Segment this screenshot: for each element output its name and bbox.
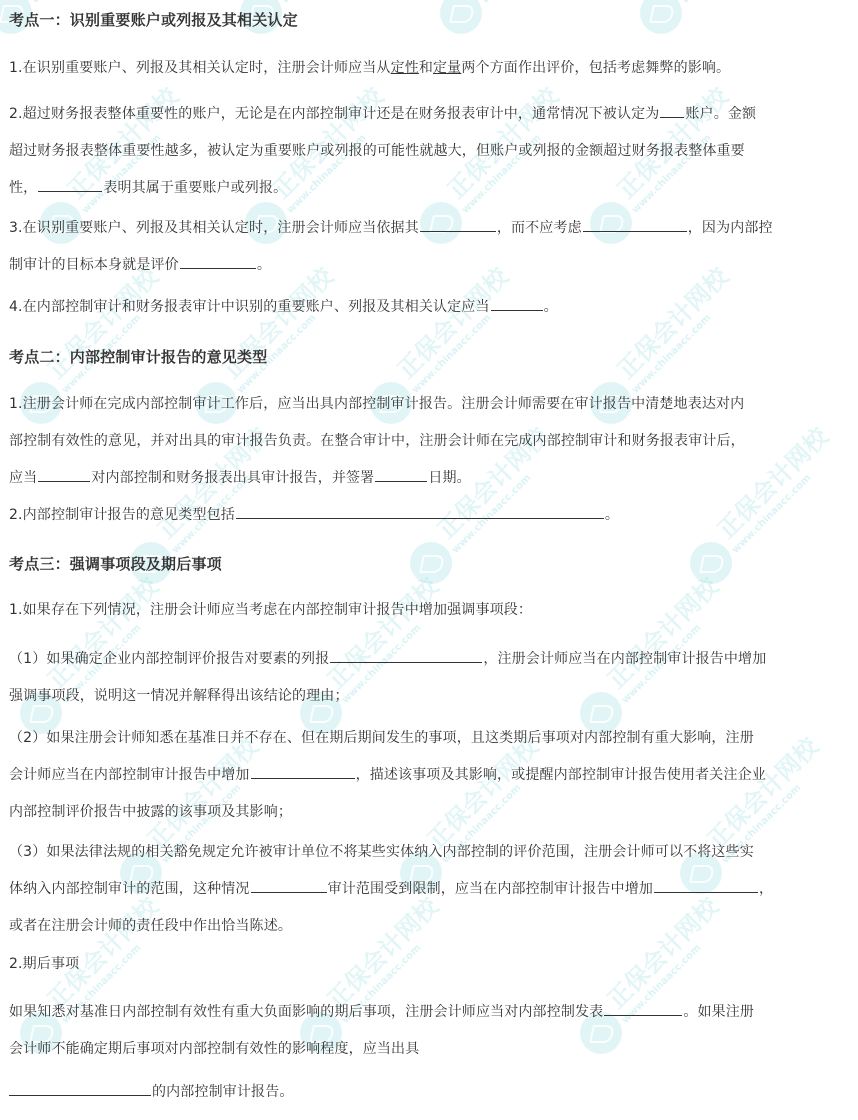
paragraph-line: 会计师应当在内部控制审计报告中增加，描述该事项及其影响，或提醒内部控制审计报告使…	[9, 757, 850, 794]
section-3-final-line: 的内部控制审计报告。	[9, 1074, 850, 1111]
fill-in-blank	[9, 1081, 151, 1096]
paragraph-line: （2）如果注册会计师知悉在基准日并不存在、但在期后期间发生的事项，且这类期后事项…	[9, 720, 850, 757]
paragraph-line: 1.注册会计师在完成内部控制审计工作后，应当出具内部控制审计报告。注册会计师需要…	[9, 386, 850, 423]
paragraph-line: 体纳入内部控制审计的范围，这种情况审计范围受到限制，应当在内部控制审计报告中增加…	[9, 871, 850, 908]
fill-in-blank	[375, 467, 427, 482]
fill-in-blank	[583, 217, 687, 232]
fill-in-blank	[660, 103, 684, 118]
section-3: 考点三：强调事项段及期后事项	[9, 552, 850, 576]
section-2: 考点二：内部控制审计报告的意见类型	[9, 345, 850, 369]
section-1-item-2: 2.超过财务报表整体重要性的账户，无论是在内部控制审计还是在财务报表审计中，通常…	[9, 96, 850, 207]
section-1: 考点一：识别重要账户或列报及其相关认定	[9, 8, 850, 32]
fill-in-blank	[38, 467, 90, 482]
paragraph-line: （1）如果确定企业内部控制评价报告对要素的列报，注册会计师应当在内部控制审计报告…	[9, 641, 850, 678]
paragraph-line: 性，表明其属于重要账户或列报。	[9, 170, 850, 207]
paragraph-line: 的内部控制审计报告。	[9, 1074, 850, 1111]
section-3-subitem-3: （3）如果法律法规的相关豁免规定允许被审计单位不将某些实体纳入内部控制的评价范围…	[9, 834, 850, 945]
paragraph-line: 2.超过财务报表整体重要性的账户，无论是在内部控制审计还是在财务报表审计中，通常…	[9, 96, 850, 133]
paragraph-line: 应当对内部控制和财务报表出具审计报告，并签署日期。	[9, 460, 850, 497]
underlined-term: 定性	[391, 60, 419, 76]
section-3-subitem-1: （1）如果确定企业内部控制评价报告对要素的列报，注册会计师应当在内部控制审计报告…	[9, 641, 850, 715]
fill-in-blank	[251, 764, 355, 779]
paragraph-line: 部控制有效性的意见，并对出具的审计报告负责。在整合审计中，注册会计师在完成内部控…	[9, 423, 850, 460]
fill-in-blank	[420, 217, 496, 232]
section-2-item-2: 2.内部控制审计报告的意见类型包括。	[9, 497, 850, 534]
section-2-item-1: 1.注册会计师在完成内部控制审计工作后，应当出具内部控制审计报告。注册会计师需要…	[9, 386, 850, 497]
fill-in-blank	[251, 878, 327, 893]
paragraph-line: 如果知悉对基准日内部控制有效性有重大负面影响的期后事项，注册会计师应当对内部控制…	[9, 994, 850, 1031]
paragraph-line: 制审计的目标本身就是评价。	[9, 247, 850, 284]
section-1-item-4: 4.在内部控制审计和财务报表审计中识别的重要账户、列报及其相关认定应当。	[9, 289, 850, 326]
paragraph-line: 1.如果存在下列情况，注册会计师应当考虑在内部控制审计报告中增加强调事项段：	[9, 592, 850, 629]
fill-in-blank	[180, 254, 256, 269]
underlined-term: 定量	[433, 60, 461, 76]
fill-in-blank	[491, 296, 543, 311]
section-heading: 考点三：强调事项段及期后事项	[9, 552, 850, 576]
paragraph-line: 4.在内部控制审计和财务报表审计中识别的重要账户、列报及其相关认定应当。	[9, 289, 850, 326]
paragraph-line: 或者在注册会计师的责任段中作出恰当陈述。	[9, 908, 850, 945]
section-3-item-1: 1.如果存在下列情况，注册会计师应当考虑在内部控制审计报告中增加强调事项段：	[9, 592, 850, 629]
section-3-subitem-2: （2）如果注册会计师知悉在基准日并不存在、但在期后期间发生的事项，且这类期后事项…	[9, 720, 850, 831]
section-heading: 考点二：内部控制审计报告的意见类型	[9, 345, 850, 369]
paragraph-line: 3.在识别重要账户、列报及其相关认定时，注册会计师应当依据其，而不应考虑，因为内…	[9, 210, 850, 247]
fill-in-blank	[38, 177, 102, 192]
paragraph-line: 强调事项段，说明这一情况并解释得出该结论的理由；	[9, 678, 850, 715]
paragraph-line: 2.内部控制审计报告的意见类型包括。	[9, 497, 850, 534]
fill-in-blank	[604, 1001, 682, 1016]
fill-in-blank	[330, 648, 482, 663]
section-heading: 考点一：识别重要账户或列报及其相关认定	[9, 8, 850, 32]
section-1-item-3: 3.在识别重要账户、列报及其相关认定时，注册会计师应当依据其，而不应考虑，因为内…	[9, 210, 850, 284]
fill-in-blank	[654, 878, 758, 893]
fill-in-blank	[236, 504, 604, 519]
section-3-subsequent-events: 如果知悉对基准日内部控制有效性有重大负面影响的期后事项，注册会计师应当对内部控制…	[9, 994, 850, 1068]
paragraph-line: 会计师不能确定期后事项对内部控制有效性的影响程度，应当出具	[9, 1031, 850, 1068]
paragraph-line: （3）如果法律法规的相关豁免规定允许被审计单位不将某些实体纳入内部控制的评价范围…	[9, 834, 850, 871]
section-1-item-1: 1.在识别重要账户、列报及其相关认定时，注册会计师应当从定性和定量两个方面作出评…	[9, 50, 850, 87]
paragraph-line: 超过财务报表整体重要性越多，被认定为重要账户或列报的可能性就越大，但账户或列报的…	[9, 133, 850, 170]
paragraph-line: 内部控制评价报告中披露的该事项及其影响；	[9, 794, 850, 831]
paragraph-line: 2.期后事项	[9, 946, 850, 983]
paragraph: 1.在识别重要账户、列报及其相关认定时，注册会计师应当从定性和定量两个方面作出评…	[9, 50, 850, 87]
section-3-item-2: 2.期后事项	[9, 946, 850, 983]
